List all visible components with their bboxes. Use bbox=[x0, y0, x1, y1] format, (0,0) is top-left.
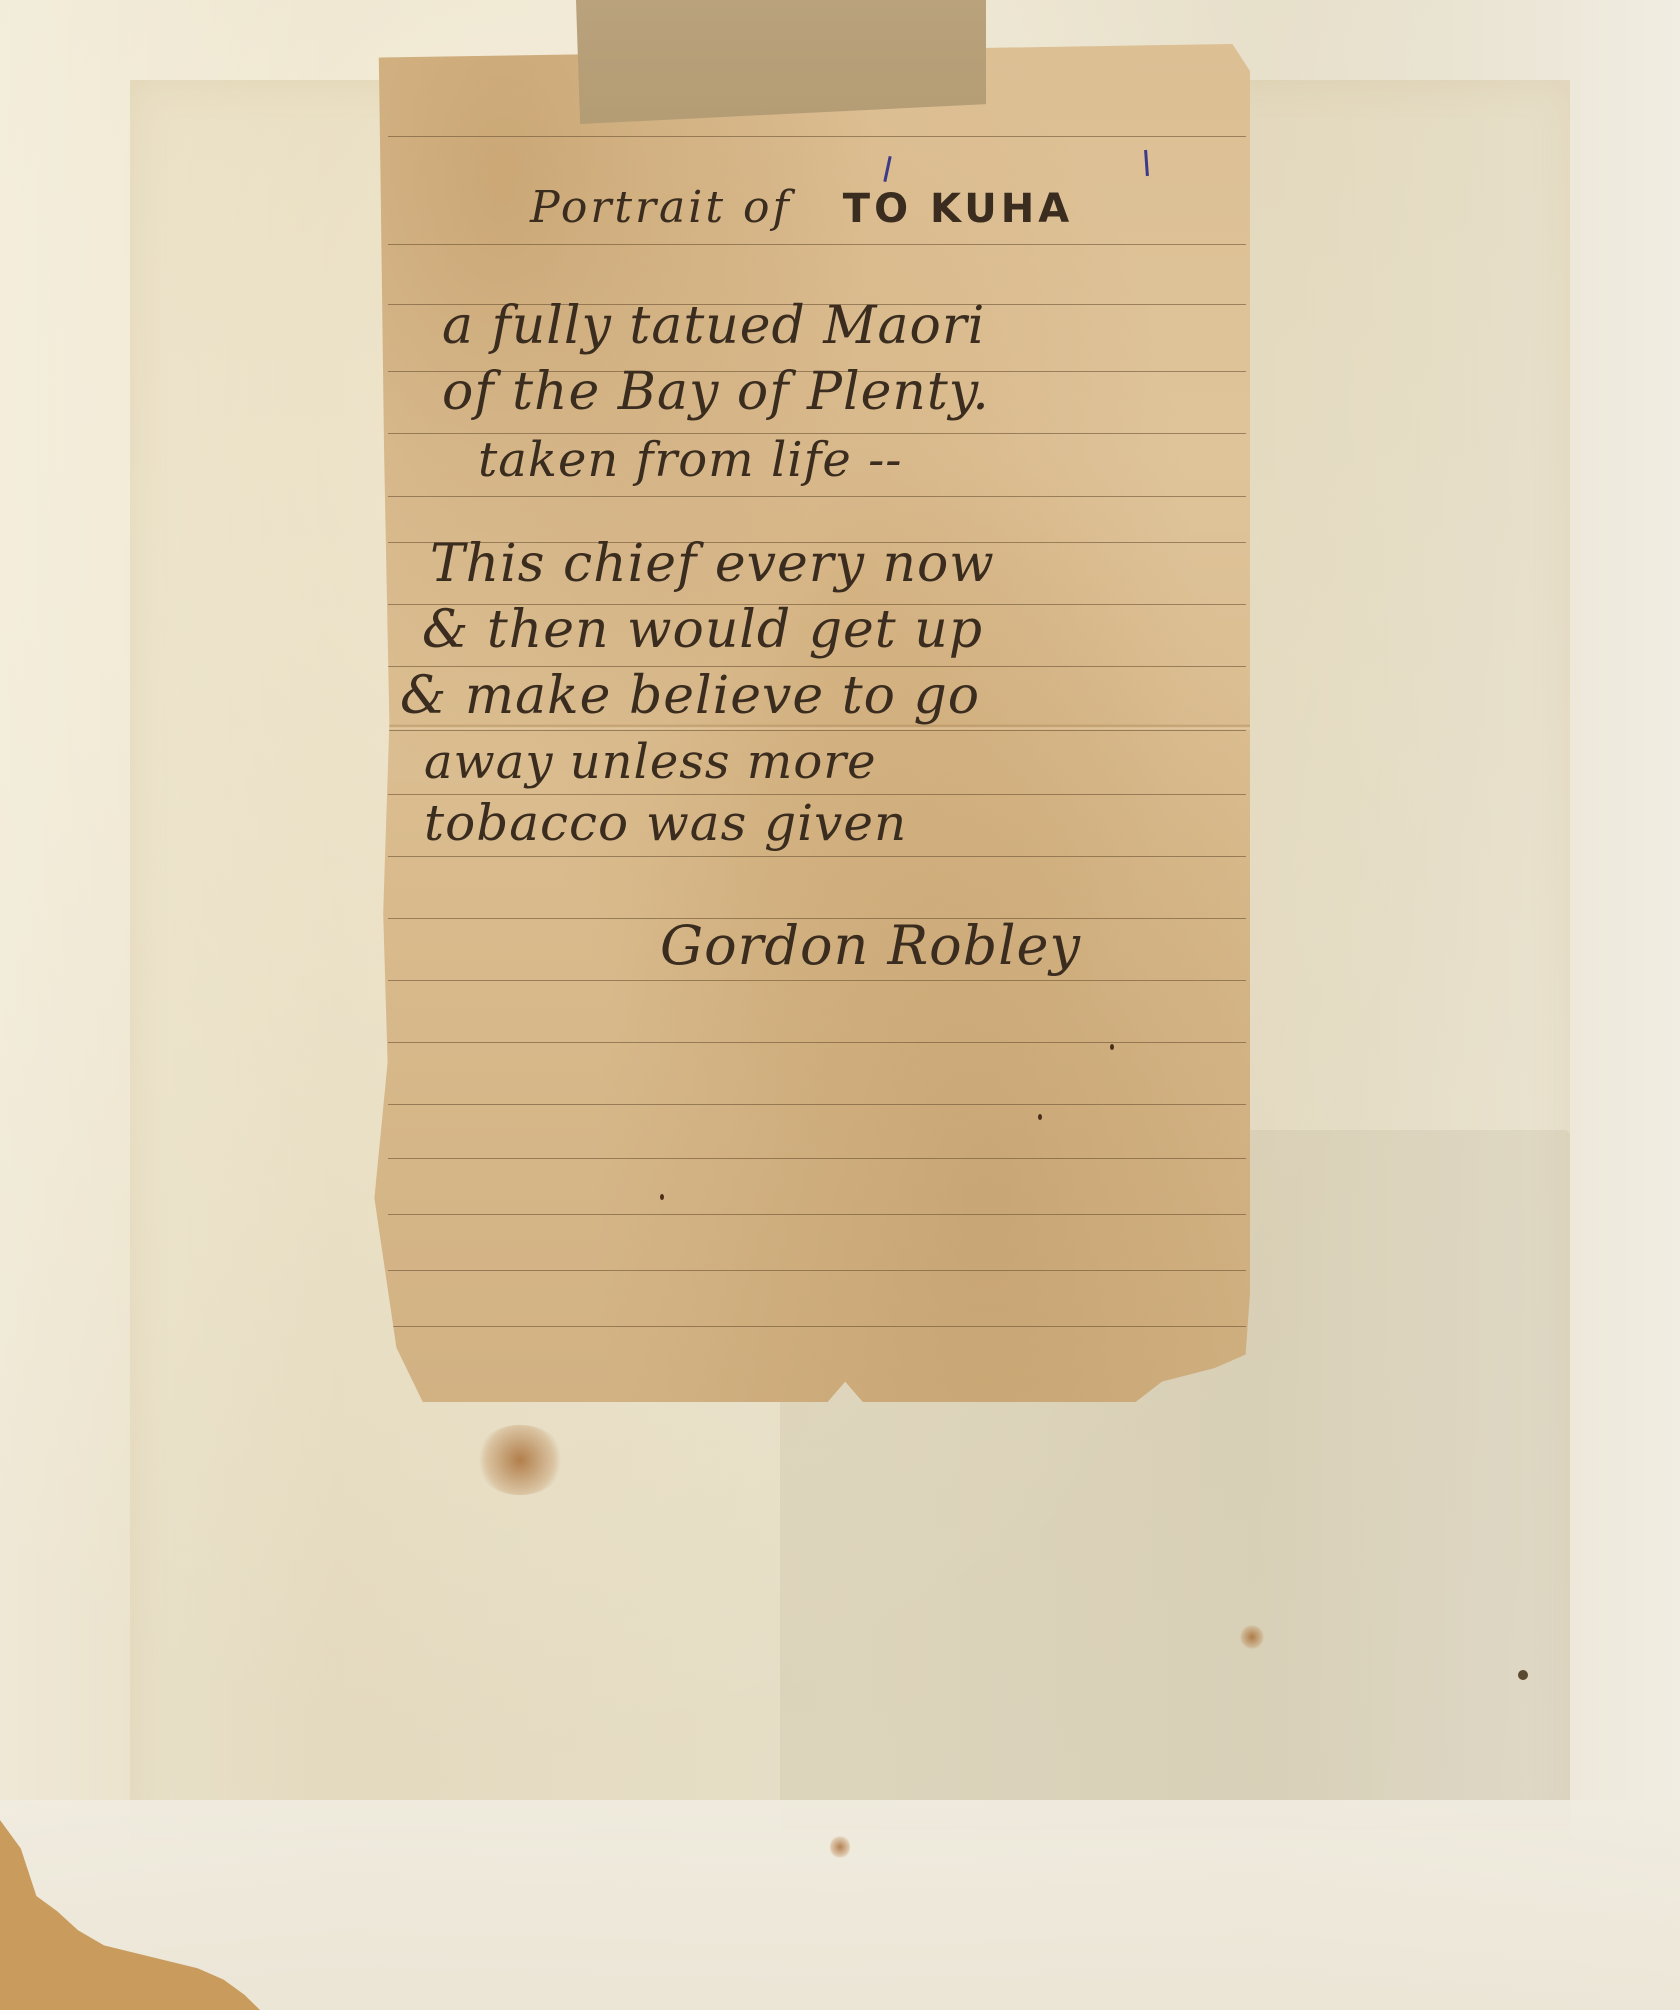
ruled-line bbox=[388, 244, 1246, 245]
note-line: taken from life -- bbox=[478, 432, 1358, 488]
foxing-stain bbox=[830, 1835, 850, 1859]
ruled-line bbox=[388, 136, 1246, 137]
note-line: & make believe to go bbox=[400, 666, 1280, 726]
ruled-line bbox=[388, 1158, 1246, 1159]
note-line: This chief every now bbox=[430, 534, 1310, 594]
handwritten-note: Portrait of TO KUHA a fully tatued Maori… bbox=[370, 44, 1250, 1402]
ruled-line bbox=[388, 1270, 1246, 1271]
title-name: TO KUHA bbox=[843, 186, 1073, 232]
quote-mark bbox=[1144, 150, 1149, 176]
title-prefix: Portrait of bbox=[530, 182, 792, 233]
foxing-stain bbox=[1240, 1625, 1264, 1649]
note-line: a fully tatued Maori bbox=[442, 296, 1322, 356]
mount-bottom-strip bbox=[0, 1800, 1680, 2010]
ruled-line bbox=[388, 1214, 1246, 1215]
ruled-line bbox=[388, 1104, 1246, 1105]
foxing-stain bbox=[1518, 1670, 1528, 1680]
note-line: of the Bay of Plenty. bbox=[442, 362, 1322, 422]
ruled-line bbox=[388, 980, 1246, 981]
ruled-line bbox=[388, 730, 1246, 731]
note-line: away unless more bbox=[424, 734, 1304, 790]
ruled-line bbox=[388, 1326, 1246, 1327]
note-line: & then would get up bbox=[422, 600, 1302, 660]
adhesive-tape bbox=[576, 0, 986, 124]
ruled-line bbox=[388, 856, 1246, 857]
ruled-line bbox=[388, 1042, 1246, 1043]
quote-mark bbox=[883, 156, 891, 182]
ruled-line bbox=[388, 496, 1246, 497]
note-line: tobacco was given bbox=[424, 794, 1304, 852]
foxing-stain bbox=[475, 1425, 565, 1495]
